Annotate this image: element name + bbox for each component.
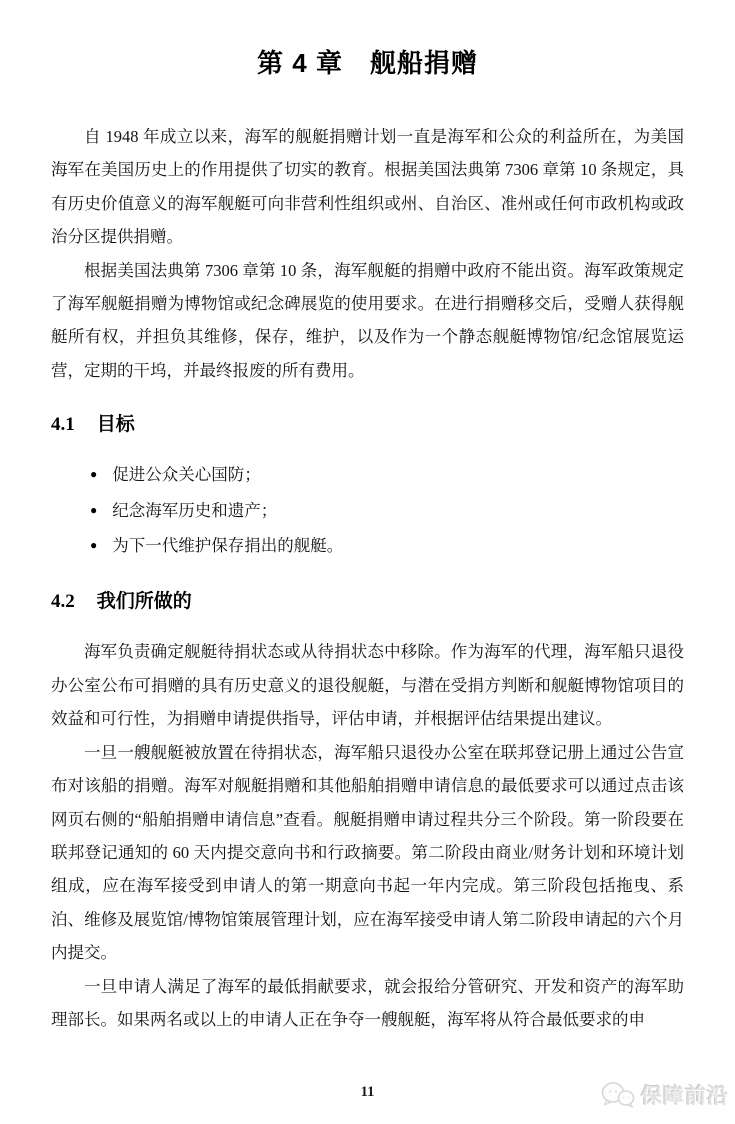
list-item: ● 为下一代维护保存捐出的舰艇。 (90, 529, 684, 564)
page-footer: 11 保障前沿 (0, 1082, 735, 1108)
section-number: 4.2 (51, 589, 75, 615)
section-4-2-body: 海军负责确定舰艇待捐状态或从待捐状态中移除。作为海军的代理，海军船只退役办公室公… (51, 635, 684, 1036)
intro-section: 自 1948 年成立以来，海军的舰艇捐赠计划一直是海军和公众的利益所在，为美国海… (51, 120, 684, 387)
body-paragraph-3: 一旦申请人满足了海军的最低捐献要求，就会报给分管研究、开发和资产的海军助理部长。… (51, 970, 684, 1037)
section-heading-4-1: 4.1目标 (51, 412, 684, 438)
intro-paragraph-1: 自 1948 年成立以来，海军的舰艇捐赠计划一直是海军和公众的利益所在，为美国海… (51, 120, 684, 254)
list-item-label: 促进公众关心国防； (112, 458, 261, 491)
list-item: ● 纪念海军历史和遗产； (90, 494, 684, 529)
list-item-label: 纪念海军历史和遗产； (112, 494, 277, 527)
goals-list: ● 促进公众关心国防； ● 纪念海军历史和遗产； ● 为下一代维护保存捐出的舰艇… (51, 458, 684, 564)
body-paragraph-2: 一旦一艘舰艇被放置在待捐状态，海军船只退役办公室在联邦登记册上通过公告宣布对该船… (51, 736, 684, 970)
document-page: 第 4 章 舰船捐赠 自 1948 年成立以来，海军的舰艇捐赠计划一直是海军和公… (0, 0, 735, 1124)
body-paragraph-1: 海军负责确定舰艇待捐状态或从待捐状态中移除。作为海军的代理，海军船只退役办公室公… (51, 635, 684, 735)
section-title: 我们所做的 (97, 591, 192, 612)
section-title: 目标 (97, 414, 135, 435)
bullet-icon: ● (90, 494, 97, 527)
chapter-title: 第 4 章 舰船捐赠 (51, 44, 684, 82)
list-item: ● 促进公众关心国防； (90, 458, 684, 493)
section-heading-4-2: 4.2我们所做的 (51, 589, 684, 615)
intro-paragraph-2: 根据美国法典第 7306 章第 10 条，海军舰艇的捐赠中政府不能出资。海军政策… (51, 254, 684, 388)
watermark: 保障前沿 (600, 1080, 729, 1110)
list-item-label: 为下一代维护保存捐出的舰艇。 (112, 529, 343, 562)
bullet-icon: ● (90, 529, 97, 562)
watermark-label: 保障前沿 (641, 1080, 729, 1110)
bullet-icon: ● (90, 458, 97, 491)
section-number: 4.1 (51, 412, 75, 438)
chat-bubbles-icon (600, 1081, 636, 1109)
